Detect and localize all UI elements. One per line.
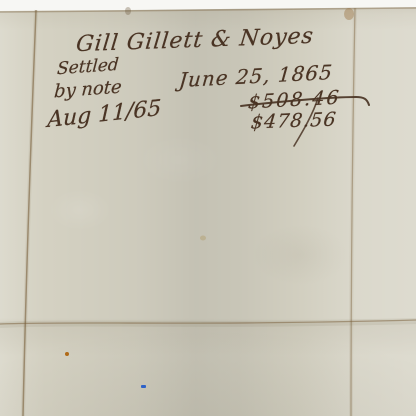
document-photo: Gill Gillett & Noyes Settled by note Aug… (0, 0, 416, 416)
revised-amount: $478.56 (250, 108, 338, 134)
blue-speck (141, 385, 146, 388)
orange-speck (65, 352, 69, 356)
